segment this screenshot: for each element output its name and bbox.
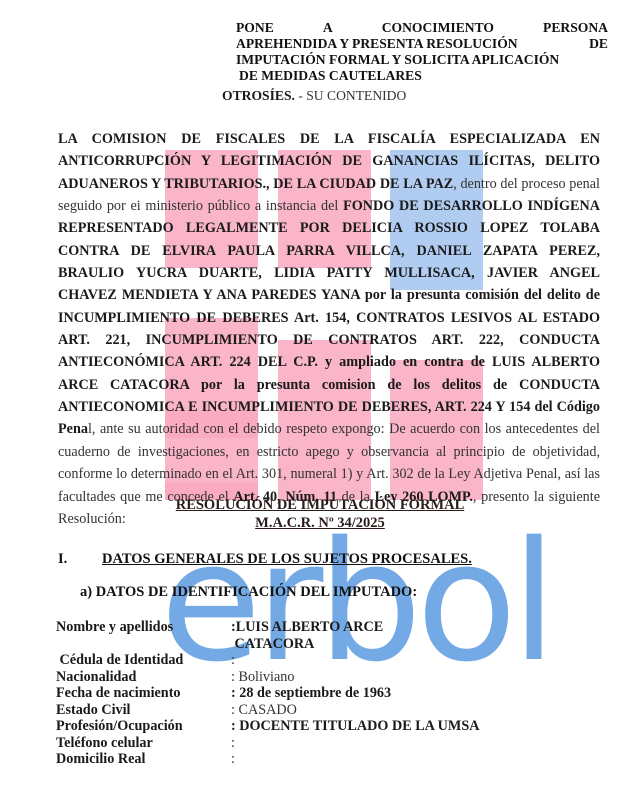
field-label — [56, 636, 231, 653]
resolution-number: M.A.C.R. Nº 34/2025 — [0, 514, 640, 532]
field-value: : 28 de septiembre de 1963 — [231, 685, 391, 702]
field-value: :LUIS ALBERTO ARCE — [231, 619, 383, 636]
document-header: PONE A CONOCIMIENTO PERSONA APREHENDIDA … — [236, 20, 608, 84]
resolution-title: RESOLUCIÓN DE IMPUTACIÓN FORMAL — [0, 496, 640, 514]
field-row: CATACORA — [56, 636, 479, 653]
field-label: Fecha de nacimiento — [56, 685, 231, 702]
header-word: A — [323, 20, 333, 36]
field-value: : — [231, 751, 235, 768]
header-word: DE — [589, 36, 608, 52]
field-row: Cédula de Identidad: — [56, 652, 479, 669]
paragraph-segment: FONDO DE DESARROLLO INDÍGENA REPRESENTAD… — [58, 198, 600, 437]
header-word: PERSONA — [543, 20, 608, 36]
field-value: : Boliviano — [231, 669, 294, 686]
field-label: Teléfono celular — [56, 735, 231, 752]
field-label: Nombre y apellidos — [56, 619, 231, 636]
field-value: : CASADO — [231, 702, 297, 719]
subsection-heading: a) DATOS DE IDENTIFICACIÓN DEL IMPUTADO: — [80, 584, 417, 601]
field-value: : DOCENTE TITULADO DE LA UMSA — [231, 718, 479, 735]
section-heading: I.DATOS GENERALES DE LOS SUJETOS PROCESA… — [58, 551, 472, 568]
field-row: Profesión/Ocupación: DOCENTE TITULADO DE… — [56, 718, 479, 735]
field-row: Fecha de nacimiento: 28 de septiembre de… — [56, 685, 479, 702]
section-title: DATOS GENERALES DE LOS SUJETOS PROCESALE… — [102, 551, 472, 567]
otrosies-line: OTROSÍES. - SU CONTENIDO — [222, 88, 406, 104]
field-label: Nacionalidad — [56, 669, 231, 686]
field-row: Estado Civil: CASADO — [56, 702, 479, 719]
header-line-3: IMPUTACIÓN FORMAL Y SOLICITA APLICACIÓN — [236, 52, 608, 68]
otrosies-label: OTROSÍES. — [222, 88, 295, 103]
field-value: CATACORA — [231, 636, 314, 653]
field-label: Cédula de Identidad — [56, 652, 231, 669]
body-paragraph: LA COMISION DE FISCALES DE LA FISCALÍA E… — [58, 128, 600, 530]
field-row: Nombre y apellidos:LUIS ALBERTO ARCE — [56, 619, 479, 636]
otrosies-text: - SU CONTENIDO — [295, 88, 406, 103]
field-value: : — [231, 735, 235, 752]
header-word: APREHENDIDA Y PRESENTA RESOLUCIÓN — [236, 36, 518, 52]
resolution-title-block: RESOLUCIÓN DE IMPUTACIÓN FORMAL M.A.C.R.… — [0, 496, 640, 532]
field-label: Estado Civil — [56, 702, 231, 719]
header-line-2: APREHENDIDA Y PRESENTA RESOLUCIÓN DE — [236, 36, 608, 52]
section-number: I. — [58, 551, 102, 568]
field-row: Nacionalidad: Boliviano — [56, 669, 479, 686]
field-label: Domicilio Real — [56, 751, 231, 768]
field-row: Teléfono celular: — [56, 735, 479, 752]
field-label: Profesión/Ocupación — [56, 718, 231, 735]
header-word: PONE — [236, 20, 274, 36]
header-word: CONOCIMIENTO — [382, 20, 494, 36]
field-value: : — [231, 652, 235, 669]
identification-fields: Nombre y apellidos:LUIS ALBERTO ARCE CAT… — [56, 619, 479, 768]
header-line-4: DE MEDIDAS CAUTELARES — [236, 68, 608, 84]
header-line-1: PONE A CONOCIMIENTO PERSONA — [236, 20, 608, 36]
field-row: Domicilio Real: — [56, 751, 479, 768]
